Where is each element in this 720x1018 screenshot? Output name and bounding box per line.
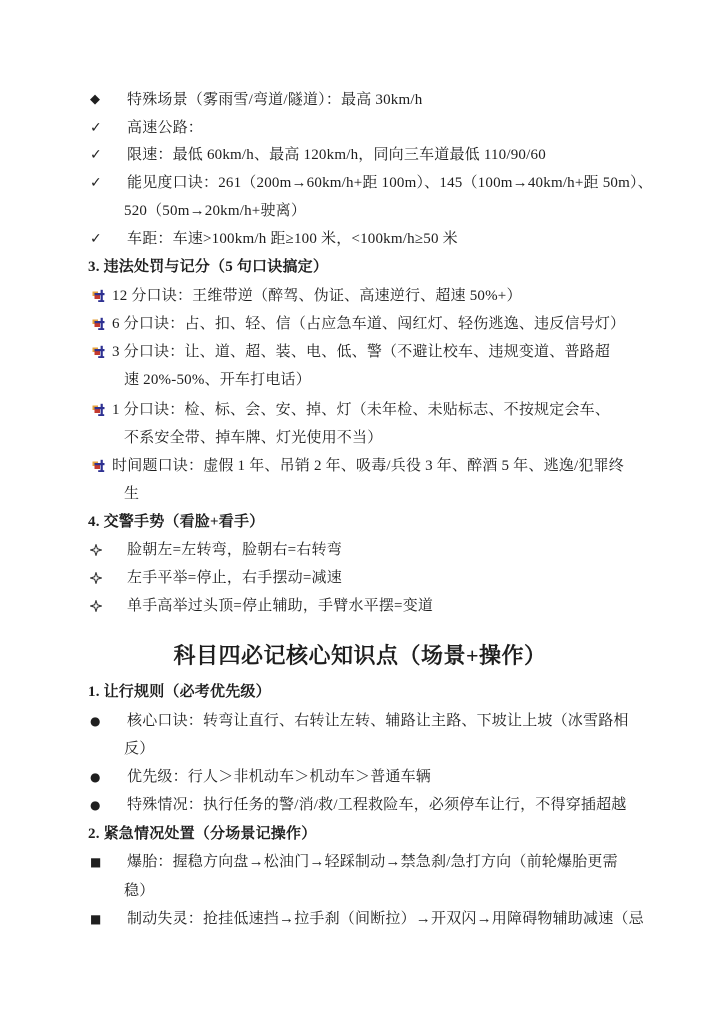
diamond-bullet-line: ◆特殊场景（雾雨雪/弯道/隧道）：最高 30km/h <box>0 86 720 114</box>
line-text: 时间题口诀：虚假 1 年、吊销 2 年、吸毒/兵役 3 年、醉酒 5 年、逃逸/… <box>112 452 624 480</box>
line-text: 稳） <box>124 877 154 905</box>
colored-anchor-bullet-icon <box>92 396 105 424</box>
line-text: 不系安全带、掉车牌、灯光使用不当） <box>124 424 382 452</box>
checkmark-bullet-icon: ✓ <box>90 114 102 142</box>
line-text: 1. 让行规则（必考优先级） <box>88 678 271 706</box>
continuation-line: 稳） <box>0 877 720 905</box>
square-bullet-line: ■制动失灵：抢挂低速挡→拉手刹（间断拉）→开双闪→用障碍物辅助减速（忌 <box>0 905 720 933</box>
colored-anchor-bullet-icon <box>92 452 105 480</box>
line-text: 反） <box>124 735 154 763</box>
square-bullet-icon: ■ <box>90 905 101 933</box>
line-text: 能见度口诀：261（200m→60km/h+距 100m）、145（100m→4… <box>127 169 653 197</box>
line-text: 2. 紧急情况处置（分场景记操作） <box>88 820 316 848</box>
line-text: 1 分口诀：检、标、会、安、掉、灯（未年检、未贴标志、不按规定会车、 <box>112 396 610 424</box>
four-point-star-bullet-icon <box>90 564 102 592</box>
line-text: 单手高举过头顶=停止辅助，手臂水平摆=变道 <box>127 592 433 620</box>
line-text: 4. 交警手势（看脸+看手） <box>88 508 264 536</box>
section-heading: 2. 紧急情况处置（分场景记操作） <box>0 820 720 848</box>
checkmark-bullet-icon: ✓ <box>90 141 102 169</box>
line-text: 优先级：行人＞非机动车＞机动车＞普通车辆 <box>127 763 431 791</box>
anchor-bullet-line: 时间题口诀：虚假 1 年、吊销 2 年、吸毒/兵役 3 年、醉酒 5 年、逃逸/… <box>0 452 720 480</box>
dot-bullet-icon: ● <box>90 791 100 819</box>
square-bullet-icon: ■ <box>90 848 101 876</box>
line-text: 特殊场景（雾雨雪/弯道/隧道）：最高 30km/h <box>127 86 422 114</box>
check-bullet-line: ✓车距：车速>100km/h 距≥100 米，<100km/h≥50 米 <box>0 225 720 253</box>
line-text: 12 分口诀：王维带逆（醉驾、伪证、高速逆行、超速 50%+） <box>112 282 522 310</box>
four-point-star-bullet-icon <box>90 536 102 564</box>
anchor-bullet-line: 6 分口诀：占、扣、轻、信（占应急车道、闯红灯、轻伤逃逸、违反信号灯） <box>0 310 720 338</box>
check-bullet-line: ✓限速：最低 60km/h、最高 120km/h，同向三车道最低 110/90/… <box>0 141 720 169</box>
continuation-line: 反） <box>0 735 720 763</box>
line-text: 限速：最低 60km/h、最高 120km/h，同向三车道最低 110/90/6… <box>127 141 546 169</box>
line-text: 520（50m→20km/h+驶离） <box>124 197 306 225</box>
document-page: ◆特殊场景（雾雨雪/弯道/隧道）：最高 30km/h✓高速公路：✓限速：最低 6… <box>0 0 720 1018</box>
continuation-line: 生 <box>0 480 720 508</box>
colored-anchor-bullet-icon <box>92 282 105 310</box>
line-text: 速 20%-50%、开车打电话） <box>124 366 311 394</box>
black-diamond-bullet-icon: ◆ <box>90 86 100 114</box>
line-text: 核心口诀：转弯让直行、右转让左转、辅路让主路、下坡让上坡（冰雪路相 <box>127 707 629 735</box>
line-text: 3 分口诀：让、道、超、装、电、低、警（不避让校车、违规变道、普路超 <box>112 338 610 366</box>
star-bullet-line: 单手高举过头顶=停止辅助，手臂水平摆=变道 <box>0 592 720 620</box>
dot-bullet-line: ●特殊情况：执行任务的警/消/救/工程救险车，必须停车让行，不得穿插超越 <box>0 791 720 819</box>
line-text: 高速公路： <box>127 114 203 142</box>
square-bullet-line: ■爆胎：握稳方向盘→松油门→轻踩制动→禁急刹/急打方向（前轮爆胎更需 <box>0 848 720 876</box>
colored-anchor-bullet-icon <box>92 310 105 338</box>
star-bullet-line: 左手平举=停止，右手摆动=减速 <box>0 564 720 592</box>
continuation-line: 不系安全带、掉车牌、灯光使用不当） <box>0 424 720 452</box>
line-text: 6 分口诀：占、扣、轻、信（占应急车道、闯红灯、轻伤逃逸、违反信号灯） <box>112 310 625 338</box>
anchor-bullet-line: 3 分口诀：让、道、超、装、电、低、警（不避让校车、违规变道、普路超 <box>0 338 720 366</box>
line-text: 生 <box>124 480 139 508</box>
continuation-line: 速 20%-50%、开车打电话） <box>0 366 720 394</box>
dot-bullet-icon: ● <box>90 763 100 791</box>
check-bullet-line: ✓能见度口诀：261（200m→60km/h+距 100m）、145（100m→… <box>0 169 720 197</box>
line-text: 车距：车速>100km/h 距≥100 米，<100km/h≥50 米 <box>127 225 458 253</box>
section-heading: 1. 让行规则（必考优先级） <box>0 678 720 706</box>
line-text: 左手平举=停止，右手摆动=减速 <box>127 564 342 592</box>
checkmark-bullet-icon: ✓ <box>90 169 102 197</box>
four-point-star-bullet-icon <box>90 592 102 620</box>
section-heading: 4. 交警手势（看脸+看手） <box>0 508 720 536</box>
anchor-bullet-line: 1 分口诀：检、标、会、安、掉、灯（未年检、未贴标志、不按规定会车、 <box>0 396 720 424</box>
continuation-line: 520（50m→20km/h+驶离） <box>0 197 720 225</box>
anchor-bullet-line: 12 分口诀：王维带逆（醉驾、伪证、高速逆行、超速 50%+） <box>0 282 720 310</box>
dot-bullet-icon: ● <box>90 707 100 735</box>
checkmark-bullet-icon: ✓ <box>90 225 102 253</box>
line-text: 爆胎：握稳方向盘→松油门→轻踩制动→禁急刹/急打方向（前轮爆胎更需 <box>127 848 618 876</box>
line-text: 制动失灵：抢挂低速挡→拉手刹（间断拉）→开双闪→用障碍物辅助减速（忌 <box>127 905 644 933</box>
section-heading: 3. 违法处罚与记分（5 句口诀搞定） <box>0 253 720 281</box>
dot-bullet-line: ●核心口诀：转弯让直行、右转让左转、辅路让主路、下坡让上坡（冰雪路相 <box>0 707 720 735</box>
line-text: 脸朝左=左转弯，脸朝右=右转弯 <box>127 536 342 564</box>
colored-anchor-bullet-icon <box>92 338 105 366</box>
line-text: 特殊情况：执行任务的警/消/救/工程救险车，必须停车让行，不得穿插超越 <box>127 791 627 819</box>
dot-bullet-line: ●优先级：行人＞非机动车＞机动车＞普通车辆 <box>0 763 720 791</box>
check-bullet-line: ✓高速公路： <box>0 114 720 142</box>
line-text: 3. 违法处罚与记分（5 句口诀搞定） <box>88 253 328 281</box>
star-bullet-line: 脸朝左=左转弯，脸朝右=右转弯 <box>0 536 720 564</box>
doc-title: 科目四必记核心知识点（场景+操作） <box>0 636 720 676</box>
